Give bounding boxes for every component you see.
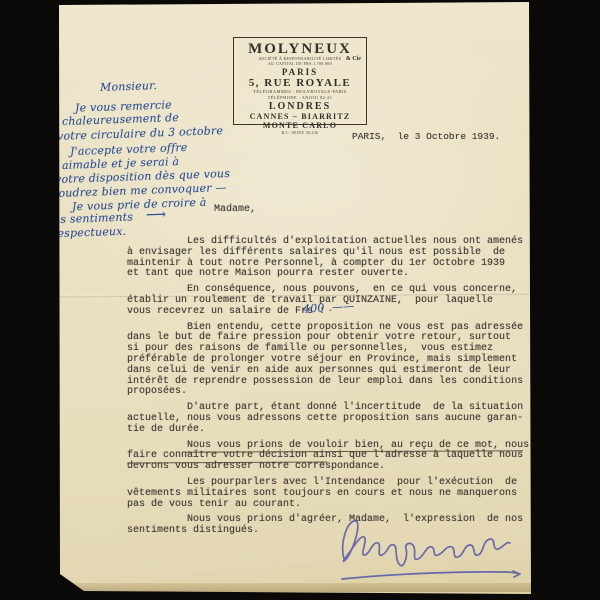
letterhead-london: LONDRES <box>234 101 366 112</box>
letter-body: Les difficultés d'exploitation actuelles… <box>127 237 537 542</box>
legal-line-2: AU CAPITAL DE FRS 1.700.000 <box>239 62 360 66</box>
letterhead-address: 5, RUE ROYALE <box>234 77 366 89</box>
letter-photograph: MOLYNEUX SOCIÉTÉ À RESPONSABILITÉ LIMITÉ… <box>0 0 600 600</box>
paragraph-4: D'autre part, étant donné l'incertitude … <box>127 403 537 435</box>
brand-suffix: & Cie <box>346 57 361 62</box>
letterhead-monte-carlo: MONTE CARLO <box>234 121 366 130</box>
paragraph-5: Nous vous prions de vouloir bien, au reç… <box>127 441 537 473</box>
letterhead-branches: CANNES – BIARRITZ <box>234 112 366 121</box>
handwritten-line: respectueux. <box>52 225 127 241</box>
signature <box>330 515 535 590</box>
paper-bottom-edge <box>60 583 532 592</box>
letter-paper: MOLYNEUX SOCIÉTÉ À RESPONSABILITÉ LIMITÉ… <box>0 0 600 600</box>
letterhead-telegrams: TÉLÉGRAMMES : MOLYROYALE-PARIS <box>234 89 366 95</box>
letterhead-phone: TÉLÉPHONE : ANJOU 02-21 <box>234 95 366 101</box>
letterhead: MOLYNEUX SOCIÉTÉ À RESPONSABILITÉ LIMITÉ… <box>233 37 367 125</box>
paragraph-1: Les difficultés d'exploitation actuelles… <box>127 237 537 280</box>
handwritten-line: Monsieur. <box>100 79 157 94</box>
brand-name: MOLYNEUX <box>234 41 366 57</box>
paragraph-3: Bien entendu, cette proposition ne vous … <box>127 323 537 399</box>
handwritten-arrow-icon: ⟶ <box>146 207 167 224</box>
letterhead-city: PARIS <box>234 67 366 77</box>
salutation: Madame, <box>214 204 256 215</box>
legal-lines: SOCIÉTÉ À RESPONSABILITÉ LIMITÉE AU CAPI… <box>234 57 366 66</box>
dateline: PARIS, le 3 Octobre 1939. <box>352 131 500 142</box>
letterhead-registry: R.C. SEINE 58.236 <box>234 130 366 135</box>
paragraph-6: Les pourparlers avec l'Intendance pour l… <box>127 478 537 510</box>
